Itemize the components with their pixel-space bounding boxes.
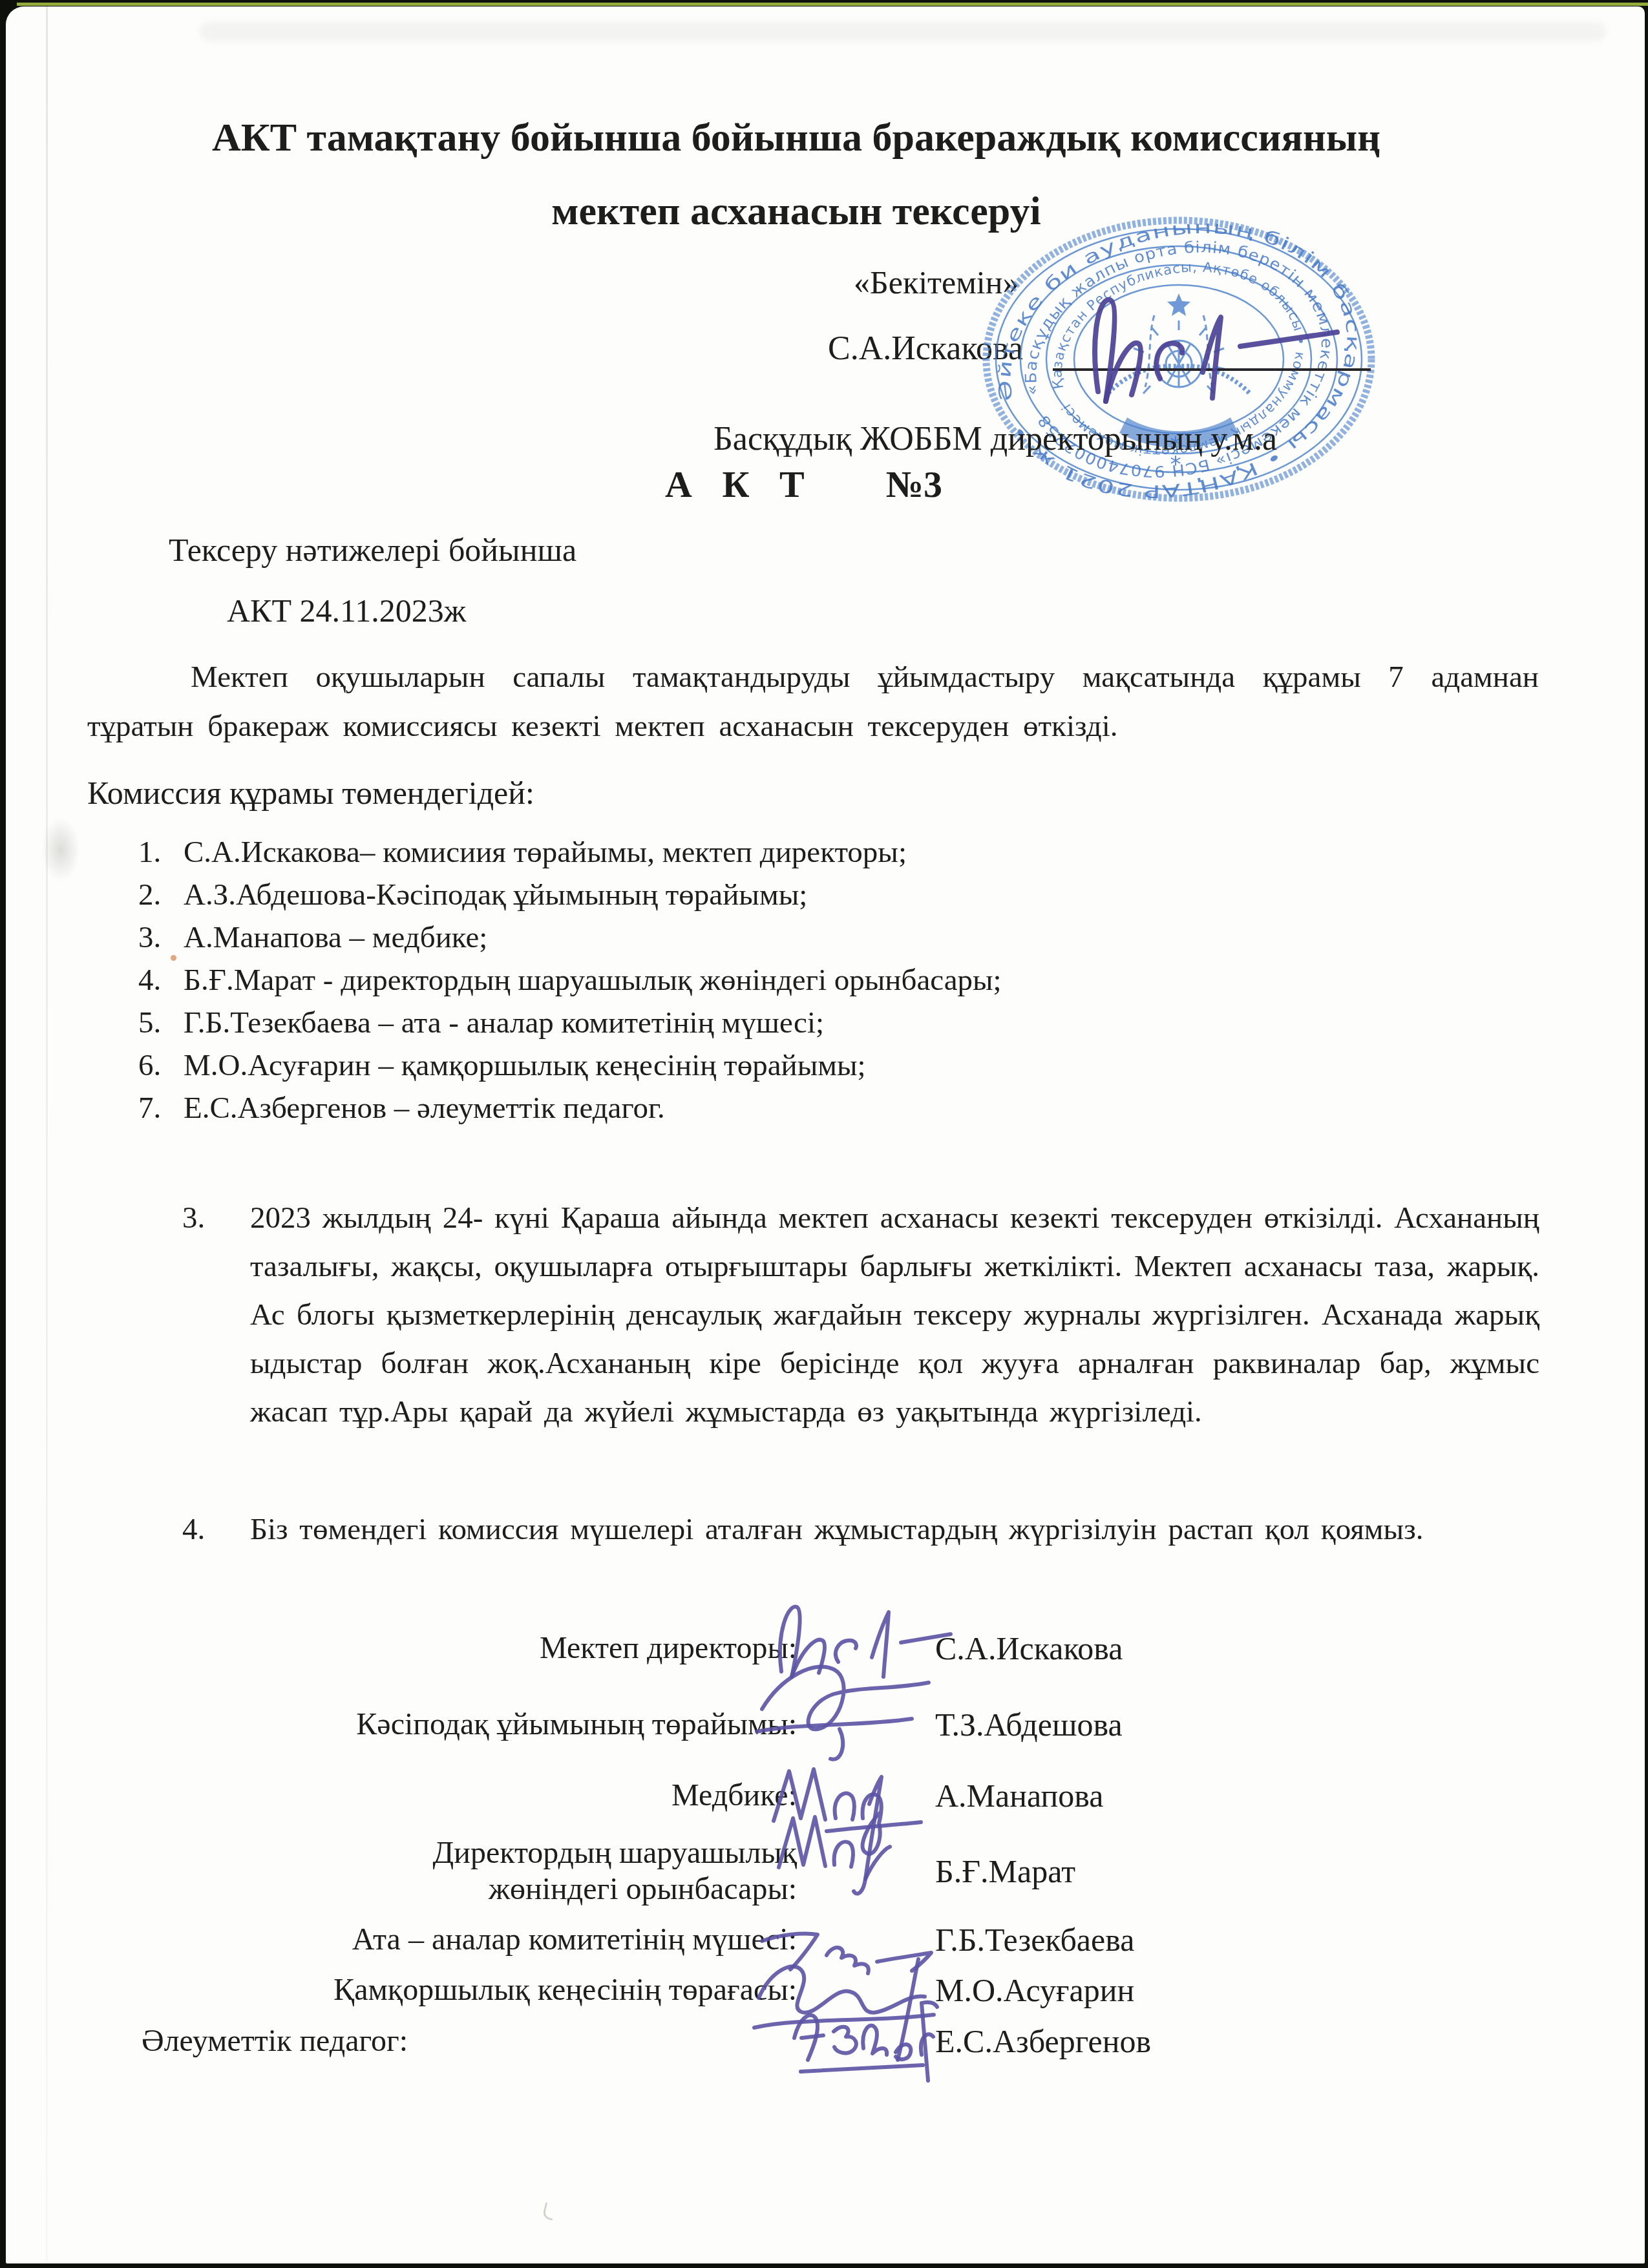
scan-smudge-top xyxy=(200,22,1606,41)
list-item: 3.А.Манапова – медбике; xyxy=(138,920,1560,955)
list-item-number: 4. xyxy=(138,963,184,998)
signature-role: Мектеп директоры: xyxy=(6,1630,801,1666)
list-item: 2.А.З.Абдешова-Кәсіподақ ұйымының төрайы… xyxy=(138,877,1560,912)
list-item-text: Г.Б.Тезекбаева – ата - аналар комитетіні… xyxy=(184,1005,824,1040)
list-item-number: 6. xyxy=(138,1048,184,1083)
signature-ink-cell xyxy=(801,2015,930,2068)
act-word: А К Т xyxy=(665,463,815,505)
intro-paragraph: Мектеп оқушыларын сапалы тамақтандыруды … xyxy=(87,653,1539,751)
document-page: АКТ тамақтану бойынша бойынша бракеражды… xyxy=(6,6,1645,2263)
list-item: 5.Г.Б.Тезекбаева – ата - аналар комитеті… xyxy=(138,1005,1560,1040)
act-number-heading: А К Т№3 xyxy=(665,463,942,506)
list-item: 1.С.А.Искакова– комисиия төрайымы, мекте… xyxy=(138,835,1560,870)
list-item: 7.Е.С.Азбергенов – әлеуметтік педагог. xyxy=(138,1091,1560,1126)
list-item-text: Б.Ғ.Марат - директордың шаруашылық жөнін… xyxy=(184,963,1002,998)
act-date-line: АКТ 24.11.2023ж xyxy=(227,592,466,629)
paper-speck xyxy=(542,2202,556,2220)
list-item-text: А.З.Абдешова-Кәсіподақ ұйымының төрайымы… xyxy=(184,877,807,912)
paragraph-number: 4. xyxy=(182,1506,205,1554)
signature-role: Директордың шаруашылық жөніндегі орынбас… xyxy=(6,1835,801,1907)
list-item-number: 2. xyxy=(138,877,184,912)
findings-paragraph: 3. 2023 жылдың 24- күні Қараша айында ме… xyxy=(182,1194,1539,1436)
scanner-edge-line xyxy=(17,3,1648,6)
signature-role: Медбике: xyxy=(6,1778,801,1814)
confirmation-paragraph: 4. Біз төмендегі комиссия мүшелері аталғ… xyxy=(182,1506,1539,1554)
scan-smudge-left xyxy=(41,817,80,882)
list-item-text: С.А.Искакова– комисиия төрайымы, мектеп … xyxy=(184,835,907,870)
list-item-number: 5. xyxy=(138,1005,184,1040)
commission-member-list: 1.С.А.Искакова– комисиия төрайымы, мекте… xyxy=(138,835,1560,1133)
list-item-text: Е.С.Азбергенов – әлеуметтік педагог. xyxy=(184,1091,665,1126)
scanned-page-background: АКТ тамақтану бойынша бойынша бракеражды… xyxy=(0,0,1648,2268)
list-item-number: 7. xyxy=(138,1091,184,1126)
document-title-line1: АКТ тамақтану бойынша бойынша бракеражды… xyxy=(6,115,1587,161)
paragraph-text: Біз төмендегі комиссия мүшелері аталған … xyxy=(250,1513,1424,1546)
list-item: 4.Б.Ғ.Марат - директордың шаруашылық жөн… xyxy=(138,963,1560,998)
list-item-text: А.Манапова – медбике; xyxy=(184,920,487,955)
commission-heading: Комиссия құрамы төмендегідей: xyxy=(87,774,534,812)
director-signature-ink xyxy=(1033,262,1395,450)
list-item-number: 3. xyxy=(138,920,184,955)
list-item: 6.М.О.Асуғарин – қамқоршылық кеңесінің т… xyxy=(138,1048,1560,1083)
list-item-text: М.О.Асуғарин – қамқоршылық кеңесінің төр… xyxy=(184,1048,866,1083)
paragraph-number: 3. xyxy=(182,1194,205,1243)
signature-role: Әлеуметтік педагог: xyxy=(6,2023,801,2059)
signature-block: Мектеп директоры: С.А.Искакова Кәсіподақ… xyxy=(6,1610,1645,2068)
list-item-number: 1. xyxy=(138,835,184,870)
signature-ink xyxy=(765,1975,985,2123)
signature-row: Әлеуметтік педагог: Е.С.Азбергенов xyxy=(6,2015,1645,2068)
signature-role: Ата – аналар комитетінің мүшесі: xyxy=(6,1922,801,1958)
signature-role: Қамқоршылық кеңесінің төрағасы: xyxy=(6,1972,801,2008)
results-line: Тексеру нәтижелері бойынша xyxy=(169,531,576,569)
paragraph-text: 2023 жылдың 24- күні Қараша айында мекте… xyxy=(250,1201,1539,1429)
act-number: №3 xyxy=(886,463,942,505)
signature-role: Кәсіподақ ұйымының төрайымы: xyxy=(6,1706,801,1743)
